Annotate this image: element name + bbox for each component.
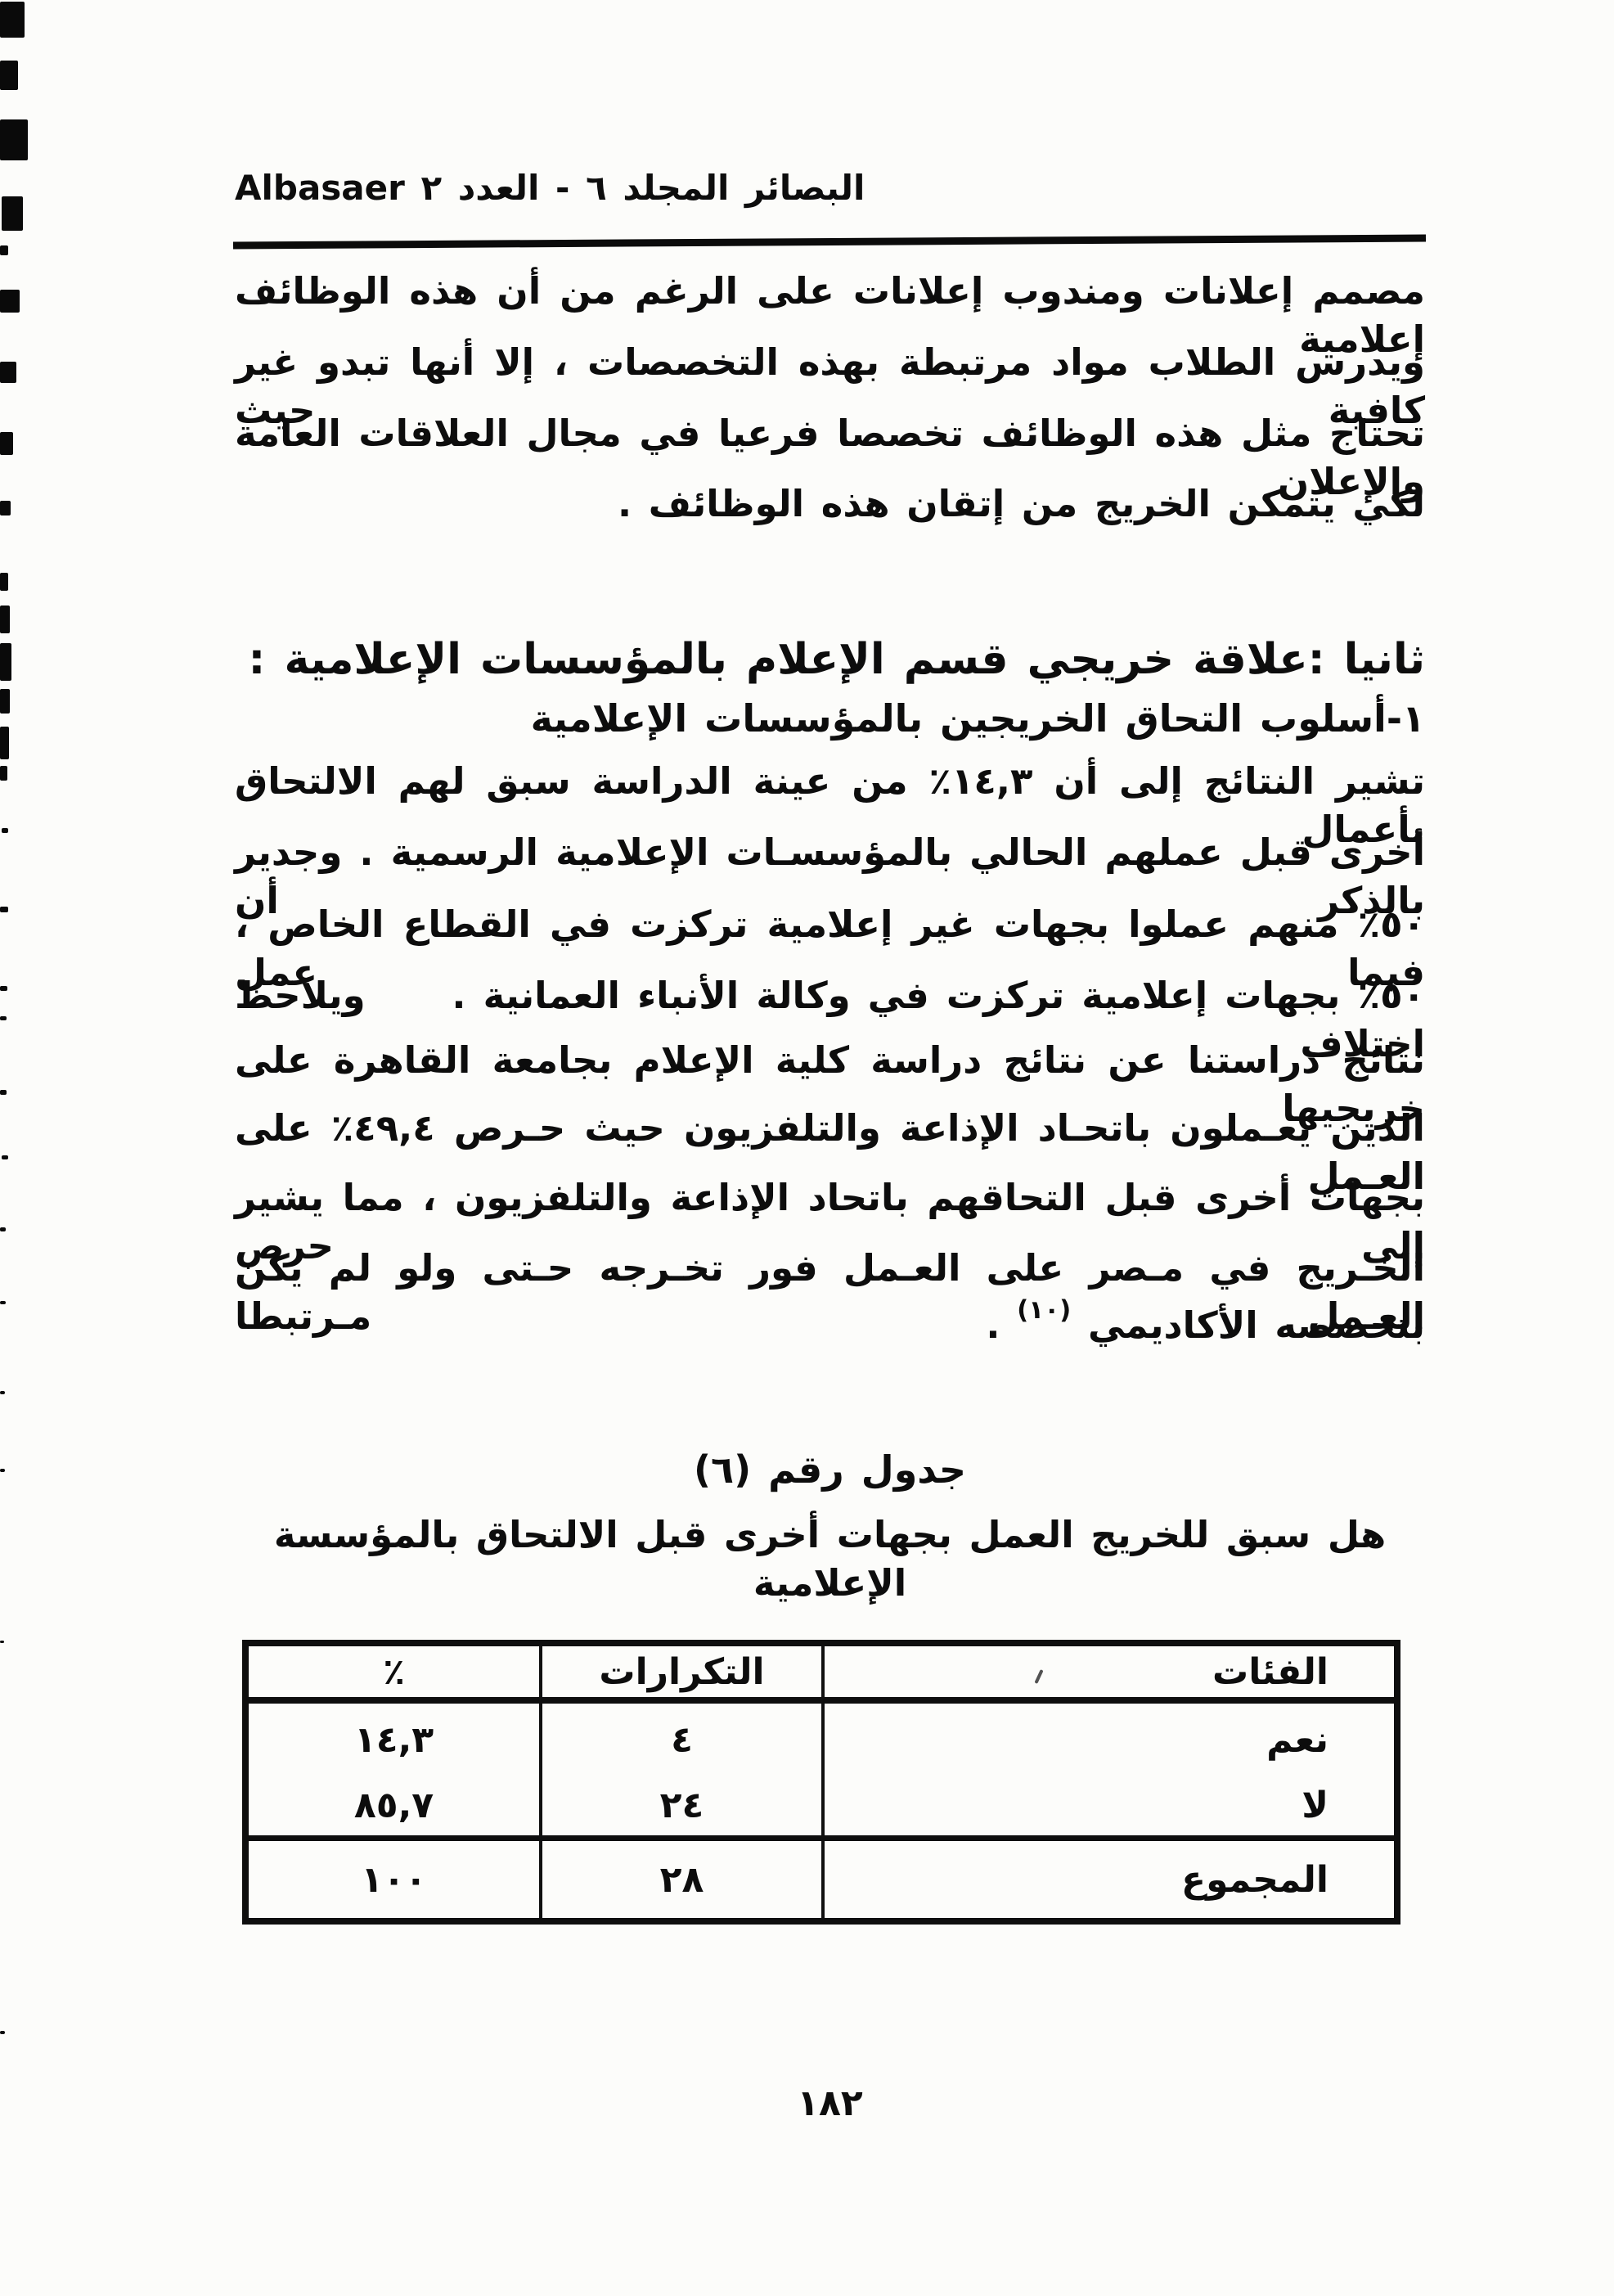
scan-artifact: [0, 1469, 5, 1472]
scan-artifact: [2, 828, 8, 833]
table-title: هل سبق للخريج العمل بجهات أخرى قبل الالت…: [235, 1510, 1425, 1608]
scan-artifact: [0, 1641, 4, 1643]
scan-artifact: [0, 606, 10, 633]
paragraph2-last-line-text: بتخصصه الأكاديمي: [1088, 1303, 1425, 1347]
scan-artifact: [0, 986, 7, 991]
scan-artifact: [0, 362, 16, 383]
cell-no-percent: ٨٥,٧: [249, 1776, 539, 1841]
section-subheading: ١-أسلوب التحاق الخريجين بالمؤسسات الإعلا…: [235, 694, 1425, 744]
cell-yes-frequency: ٤: [539, 1704, 821, 1776]
scan-artifact: [0, 1227, 6, 1231]
scan-artifact: [0, 119, 28, 160]
cell-yes-percent: ١٤,٣: [249, 1704, 539, 1776]
cell-no-frequency: ٢٤: [539, 1776, 821, 1841]
scan-artifact: [0, 1016, 7, 1020]
cell-yes-category: نعم: [821, 1704, 1394, 1776]
section-heading: ثانيا :علاقة خريجي قسم الإعلام بالمؤسسات…: [235, 632, 1425, 688]
scan-artifact: [0, 2, 25, 38]
cell-total-percent: ١٠٠: [249, 1841, 539, 1918]
scan-artifact: [0, 245, 8, 255]
scan-artifact: [0, 643, 11, 681]
scan-artifact: [0, 573, 8, 591]
scan-artifact: [0, 290, 20, 313]
scan-artifact: [0, 501, 11, 515]
paragraph1-line-4: لكي يتمكن الخريج من إتقان هذه الوظائف .: [235, 479, 1425, 528]
scan-artifact: [0, 907, 8, 912]
stats-table: الفئات التكرارات ٪ نعم ٤ ١٤,٣ لا ٢٤ ٨٥,٧…: [242, 1640, 1400, 1925]
paragraph2-last-line-period: .: [986, 1303, 1000, 1347]
scan-artifact: [0, 689, 10, 714]
scan-artifact: [0, 432, 13, 455]
column-header-percent: ٪: [249, 1646, 539, 1704]
scan-artifact: [0, 1090, 7, 1095]
column-header-frequencies: التكرارات: [539, 1646, 821, 1704]
scan-artifact: [2, 196, 23, 231]
footnote-reference: (١٠): [1017, 1295, 1071, 1325]
cell-total-frequency: ٢٨: [539, 1841, 821, 1918]
header-rule: [233, 235, 1426, 250]
scan-artifact: [0, 61, 18, 90]
paragraph2-line-9: بتخصصه الأكاديمي (١٠) .: [235, 1301, 1425, 1349]
cell-no-category: لا: [821, 1776, 1394, 1841]
scan-artifact: [0, 766, 7, 781]
cell-total-category: المجموع: [821, 1841, 1394, 1918]
journal-header: البصائر المجلد ٦ - العدد ٢ Albasaer: [235, 165, 1425, 210]
scan-artifact: [0, 1301, 6, 1304]
scan-artifact: [0, 2031, 5, 2034]
page-number: ١٨٢: [235, 2080, 1425, 2127]
scan-artifact: [2, 1155, 8, 1159]
column-header-categories: الفئات: [821, 1646, 1394, 1704]
scan-artifact: [0, 1391, 5, 1394]
scanned-journal-page: البصائر المجلد ٦ - العدد ٢ Albasaer مصمم…: [0, 0, 1614, 2296]
scan-artifact: [0, 727, 9, 759]
table-caption: جدول رقم (٦): [235, 1445, 1425, 1495]
